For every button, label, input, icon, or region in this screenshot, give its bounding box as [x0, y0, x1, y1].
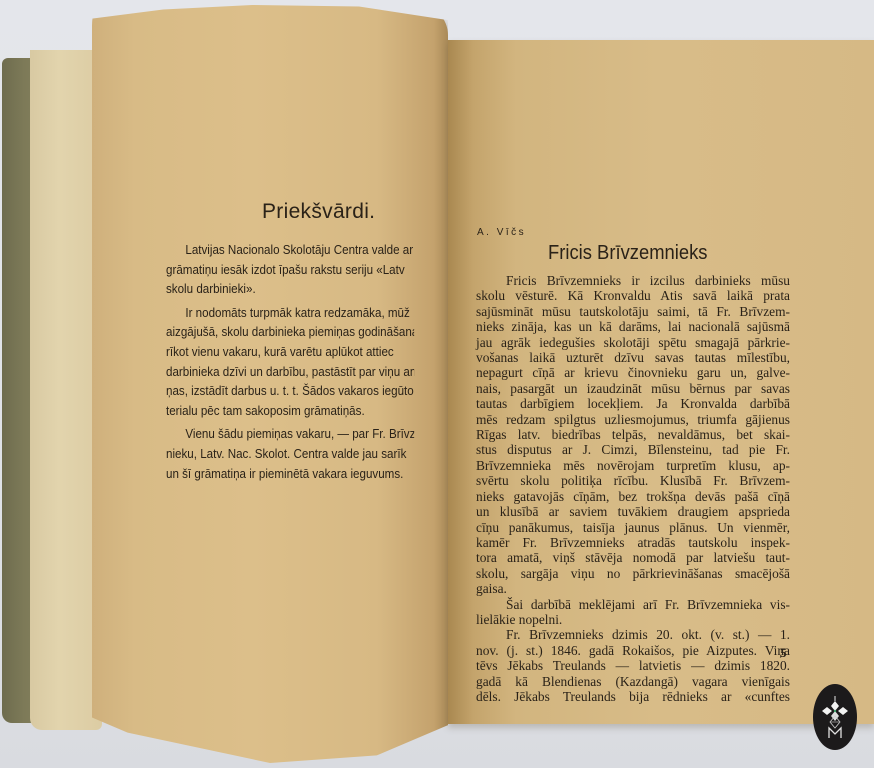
- text-line: Rīgas latv. biedrības telpās, nevaldāmus…: [476, 427, 790, 442]
- text-line: aizgājušā, skolu darbinieka piemiņas god…: [166, 322, 414, 342]
- ornament-monogram-icon: [820, 694, 850, 740]
- article-body: Fricis Brīvzemnieks ir izcilus darbiniek…: [476, 273, 790, 704]
- text-line: lielākie nopelni.: [476, 612, 790, 627]
- text-line: rīkot vienu vakaru, kurā varētu aplūkot …: [166, 342, 414, 362]
- endpaper: [30, 50, 102, 730]
- text-line: skolu, sargāja viņu no pārkrievināšanas …: [476, 566, 790, 581]
- text-line: gadā kā Blendienas (Kazdangā) vagara vie…: [476, 674, 790, 689]
- text-line: grāmatiņu iesāk izdot īpašu rakstu serij…: [166, 260, 414, 280]
- text-line: cīņu panākumus, taisīja jaunus plānus. U…: [476, 520, 790, 535]
- text-line: svērtu skolu politiķa rīcību. Klusībā Fr…: [476, 473, 790, 488]
- text-line: tēvs Jēkabs Treulands — latvietis — dzim…: [476, 658, 790, 673]
- text-line: Ir nodomāts turpmāk katra redzamāka, mūž: [166, 303, 414, 323]
- text-line: vošanas laikā uzturēt dzīvu savas tautas…: [476, 350, 790, 365]
- text-line: tautas darbīgiem locekļiem. Ja Kronvalda…: [476, 396, 790, 411]
- article-title: Fricis Brīvzemnieks: [548, 242, 707, 265]
- text-line: un šī grāmatiņa ir pieminētā vakara iegu…: [166, 464, 414, 484]
- text-line: tora amatā, viņš stāvēja nomodā par latv…: [476, 550, 790, 565]
- text-line: sajūsmināt mūsu tautskolotāju saimi, tā …: [476, 304, 790, 319]
- text-line: terialu pēc tam sakoposim grāmatiņās.: [166, 401, 414, 421]
- text-line: nepagurt cīņā ar krievu činovnieku garu …: [476, 365, 790, 380]
- left-page-title: Priekšvārdi.: [262, 200, 375, 224]
- watermark-logo: [813, 684, 857, 750]
- text-line: Fricis Brīvzemnieks ir izcilus darbiniek…: [476, 273, 790, 288]
- text-line: Vienu šādu piemiņas vakaru, — par Fr. Br…: [166, 424, 414, 444]
- text-line: gaisa.: [476, 581, 790, 596]
- text-line: kamēr Fr. Brīvzemnieks atradās tautskolu…: [476, 535, 790, 550]
- text-line: dēls. Jēkabs Treulands bija rēdnieks ar …: [476, 689, 790, 704]
- text-line: Brīvzemnieka mēs novērojam turpretīm klu…: [476, 458, 790, 473]
- page-number: 5: [780, 645, 787, 661]
- article-author: A. Vīčs: [477, 227, 526, 238]
- text-line: Fr. Brīvzemnieks dzimis 20. okt. (v. st.…: [476, 627, 790, 642]
- text-line: skolu vēsturē. Kā Kronvaldu Atis savā la…: [476, 288, 790, 303]
- text-line: nais, pasargāt un izaudzināt mūsu bērnus…: [476, 381, 790, 396]
- text-line: nieks gatavojās cīņām, bez trokšņa devās…: [476, 489, 790, 504]
- text-line: ņas, izstādīt darbus u. t. t. Šādos vaka…: [166, 381, 414, 401]
- text-line: nov. (j. st.) 1846. gadā Rokaišos, pie A…: [476, 643, 790, 658]
- text-line: nieks zināja, kas un kā darāms, lai naci…: [476, 319, 790, 334]
- text-line: nieku, Latv. Nac. Skolot. Centra valde j…: [166, 444, 414, 464]
- text-line: darbinieka dzīvi un darbību, pastāstīt p…: [166, 362, 414, 382]
- text-line: un klusībā ar saviem tuvākiem draugiem a…: [476, 504, 790, 519]
- text-line: mēs redzam spilgtus uzliesmojumus, trium…: [476, 412, 790, 427]
- text-line: Šai darbībā meklējami arī Fr. Brīvzemnie…: [476, 597, 790, 612]
- text-line: Latvijas Nacionalo Skolotāju Centra vald…: [166, 240, 414, 260]
- text-line: skolu darbinieki».: [166, 279, 414, 299]
- left-page-body: Latvijas Nacionalo Skolotāju Centra vald…: [166, 240, 414, 483]
- text-line: stus disputus ar J. Cimzi, Bīlensteinu, …: [476, 442, 790, 457]
- text-line: jau agrāk iedegušies skolotāji spētu sma…: [476, 335, 790, 350]
